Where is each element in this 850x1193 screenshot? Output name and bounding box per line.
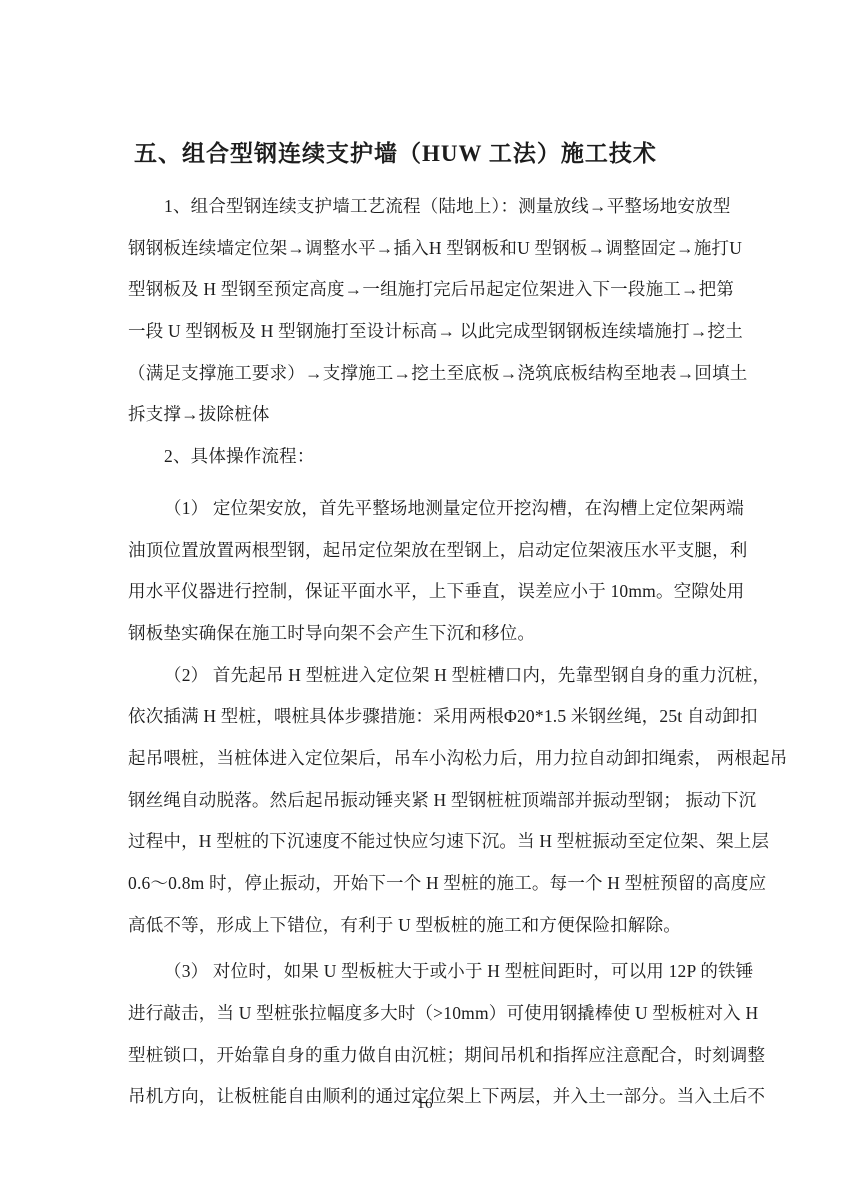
text-line: 型钢板及 H 型钢至预定高度→一组施打完后吊起定位架进入下一段施工→把第 bbox=[128, 269, 728, 311]
text-line: 进行敲击，当 U 型桩张拉幅度多大时（>10mm）可使用钢撬棒使 U 型板桩对入… bbox=[128, 993, 728, 1035]
text-line: 依次插满 H 型桩，喂桩具体步骤措施：采用两根Φ20*1.5 米钢丝绳，25t … bbox=[128, 696, 728, 738]
text-line: 2、具体操作流程： bbox=[128, 436, 728, 478]
text-line: 0.6～0.8m 时，停止振动，开始下一个 H 型桩的施工。每一个 H 型桩预留… bbox=[128, 863, 728, 905]
text-line: 用水平仪器进行控制，保证平面水平，上下垂直，误差应小于 10mm。空隙处用 bbox=[128, 571, 728, 613]
text-line: 过程中，H 型桩的下沉速度不能过快应匀速下沉。当 H 型桩振动至定位架、架上层 bbox=[128, 821, 728, 863]
section-title: 五、组合型钢连续支护墙（HUW 工法）施工技术 bbox=[134, 135, 657, 168]
text-line: 拆支撑→拔除桩体 bbox=[128, 394, 728, 436]
text-line: （满足支撑施工要求）→支撑施工→挖土至底板→浇筑底板结构至地表→回填土 bbox=[128, 353, 728, 395]
text-line: （1） 定位架安放，首先平整场地测量定位开挖沟槽，在沟槽上定位架两端 bbox=[128, 488, 728, 530]
text-line: 高低不等，形成上下错位，有利于 U 型板桩的施工和方便保险扣解除。 bbox=[128, 905, 728, 947]
text-line: 油顶位置放置两根型钢，起吊定位架放在型钢上，启动定位架液压水平支腿，利 bbox=[128, 530, 728, 572]
text-line: 一段 U 型钢板及 H 型钢施打至设计标高→ 以此完成型钢钢板连续墙施打→挖土 bbox=[128, 311, 728, 353]
page-number: 16 bbox=[0, 1096, 850, 1113]
text-line: 钢钢板连续墙定位架→调整水平→插入H 型钢板和U 型钢板→调整固定→施打U bbox=[128, 228, 728, 270]
paragraph-step-1: （1） 定位架安放，首先平整场地测量定位开挖沟槽，在沟槽上定位架两端 油顶位置放… bbox=[128, 488, 728, 655]
text-line: （2） 首先起吊 H 型桩进入定位架 H 型桩槽口内，先靠型钢自身的重力沉桩， bbox=[128, 655, 728, 697]
text-line: 钢板垫实确保在施工时导向架不会产生下沉和移位。 bbox=[128, 613, 728, 655]
paragraph-step-3: （3） 对位时，如果 U 型板桩大于或小于 H 型桩间距时，可以用 12P 的铁… bbox=[128, 951, 728, 1118]
paragraph-step-2: （2） 首先起吊 H 型桩进入定位架 H 型桩槽口内，先靠型钢自身的重力沉桩， … bbox=[128, 655, 728, 947]
document-page: 五、组合型钢连续支护墙（HUW 工法）施工技术 1、组合型钢连续支护墙工艺流程（… bbox=[0, 0, 850, 1193]
text-line: 型桩锁口，开始靠自身的重力做自由沉桩；期间吊机和指挥应注意配合，时刻调整 bbox=[128, 1035, 728, 1077]
text-line: 钢丝绳自动脱落。然后起吊振动锤夹紧 H 型钢桩桩顶端部并振动型钢； 振动下沉 bbox=[128, 780, 728, 822]
text-line: 起吊喂桩，当桩体进入定位架后，吊车小沟松力后，用力拉自动卸扣绳索， 两根起吊 bbox=[128, 738, 728, 780]
text-line: 1、组合型钢连续支护墙工艺流程（陆地上）：测量放线→平整场地安放型 bbox=[128, 186, 728, 228]
document-body: 1、组合型钢连续支护墙工艺流程（陆地上）：测量放线→平整场地安放型 钢钢板连续墙… bbox=[128, 186, 728, 1118]
paragraph-operation-heading: 2、具体操作流程： bbox=[128, 436, 728, 478]
text-line: （3） 对位时，如果 U 型板桩大于或小于 H 型桩间距时，可以用 12P 的铁… bbox=[128, 951, 728, 993]
paragraph-process-flow: 1、组合型钢连续支护墙工艺流程（陆地上）：测量放线→平整场地安放型 钢钢板连续墙… bbox=[128, 186, 728, 436]
